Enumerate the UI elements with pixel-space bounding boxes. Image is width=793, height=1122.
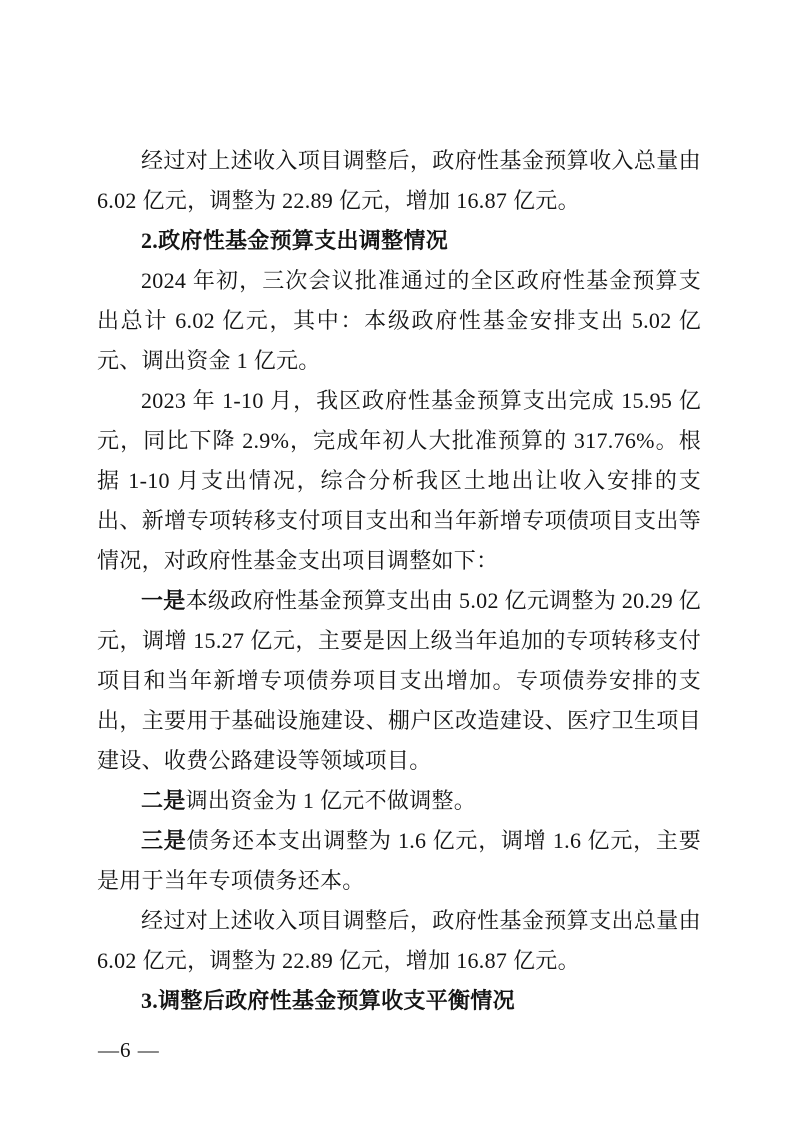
document-page: 经过对上述收入项目调整后，政府性基金预算收入总量由 6.02 亿元，调整为 22… bbox=[0, 0, 793, 1122]
page-number: —6 — bbox=[98, 1037, 160, 1063]
item-one-text: 本级政府性基金预算支出由 5.02 亿元调整为 20.29 亿元，调增 15.2… bbox=[97, 588, 701, 773]
section-heading-expenditure-adjustment: 2.政府性基金预算支出调整情况 bbox=[97, 221, 701, 261]
paragraph-expenditure-total-adjusted: 经过对上述收入项目调整后，政府性基金预算支出总量由 6.02 亿元，调整为 22… bbox=[97, 901, 701, 981]
document-body: 经过对上述收入项目调整后，政府性基金预算收入总量由 6.02 亿元，调整为 22… bbox=[97, 141, 701, 1021]
paragraph-income-total-adjusted: 经过对上述收入项目调整后，政府性基金预算收入总量由 6.02 亿元，调整为 22… bbox=[97, 141, 701, 221]
item-three-lead: 三是 bbox=[141, 828, 187, 853]
paragraph-item-three: 三是债务还本支出调整为 1.6 亿元，调增 1.6 亿元，主要是用于当年专项债务… bbox=[97, 821, 701, 901]
section-heading-balance-after-adjustment: 3.调整后政府性基金预算收支平衡情况 bbox=[97, 981, 701, 1021]
paragraph-item-two: 二是调出资金为 1 亿元不做调整。 bbox=[97, 781, 701, 821]
paragraph-2024-initial-budget: 2024 年初，三次会议批准通过的全区政府性基金预算支出总计 6.02 亿元，其… bbox=[97, 261, 701, 381]
paragraph-item-one: 一是本级政府性基金预算支出由 5.02 亿元调整为 20.29 亿元，调增 15… bbox=[97, 581, 701, 781]
item-two-text: 调出资金为 1 亿元不做调整。 bbox=[186, 788, 477, 813]
item-three-text: 债务还本支出调整为 1.6 亿元，调增 1.6 亿元，主要是用于当年专项债务还本… bbox=[97, 828, 701, 893]
paragraph-2023-execution: 2023 年 1-10 月，我区政府性基金预算支出完成 15.95 亿元，同比下… bbox=[97, 381, 701, 581]
item-one-lead: 一是 bbox=[141, 588, 186, 613]
item-two-lead: 二是 bbox=[141, 788, 186, 813]
